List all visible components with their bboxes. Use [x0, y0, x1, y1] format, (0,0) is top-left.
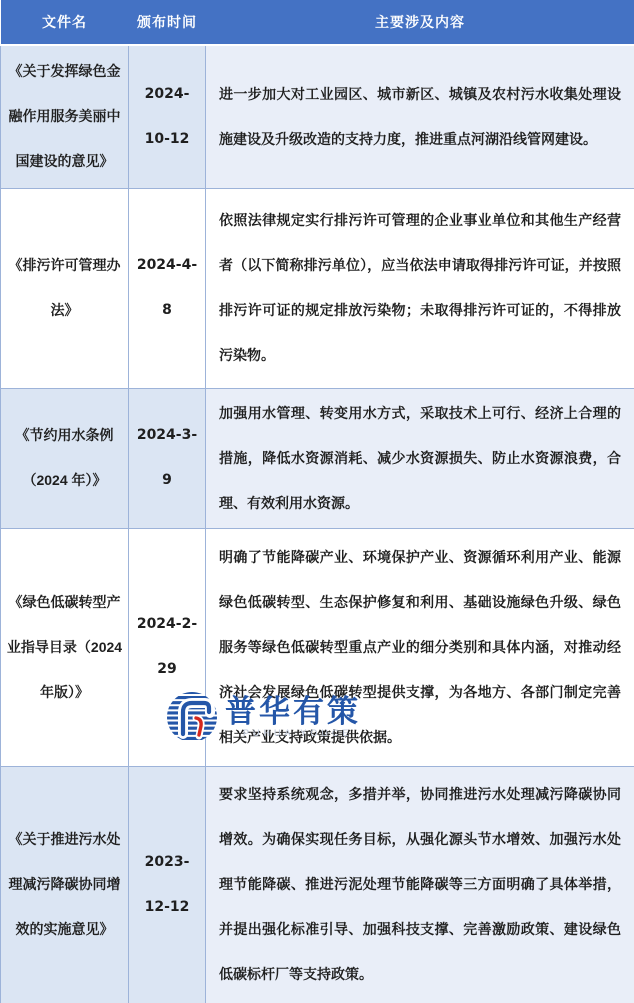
doc-name-cell: 《关于发挥绿色金融作用服务美丽中国建设的意见》: [1, 45, 129, 188]
publish-date-cell: 2023-12-12: [129, 766, 206, 1003]
doc-name-cell: 《节约用水条例（2024 年）》: [1, 388, 129, 528]
content-cell: 依照法律规定实行排污许可管理的企业事业单位和其他生产经营者（以下简称排污单位），…: [206, 188, 634, 388]
table-row: 《节约用水条例（2024 年）》 2024-3-9 加强用水管理、转变用水方式，…: [1, 388, 634, 528]
publish-date-cell: 2024-4-8: [129, 188, 206, 388]
publish-date-cell: 2024-3-9: [129, 388, 206, 528]
header-doc-name: 文件名: [1, 0, 129, 45]
policy-table-page: 文件名 颁布时间 主要涉及内容 《关于发挥绿色金融作用服务美丽中国建设的意见》 …: [0, 0, 634, 1003]
table-row: 《绿色低碳转型产业指导目录（2024 年版）》 2024-2-29 明确了节能降…: [1, 528, 634, 766]
content-cell: 要求坚持系统观念，多措并举，协同推进污水处理减污降碳协同增效。为确保实现任务目标…: [206, 766, 634, 1003]
doc-name-cell: 《绿色低碳转型产业指导目录（2024 年版）》: [1, 528, 129, 766]
header-publish-date: 颁布时间: [129, 0, 206, 45]
table-row: 《关于推进污水处理减污降碳协同增效的实施意见》 2023-12-12 要求坚持系…: [1, 766, 634, 1003]
table-row: 《排污许可管理办法》 2024-4-8 依照法律规定实行排污许可管理的企业事业单…: [1, 188, 634, 388]
table-header-row: 文件名 颁布时间 主要涉及内容: [1, 0, 634, 45]
content-cell: 明确了节能降碳产业、环境保护产业、资源循环利用产业、能源绿色低碳转型、生态保护修…: [206, 528, 634, 766]
doc-name-cell: 《关于推进污水处理减污降碳协同增效的实施意见》: [1, 766, 129, 1003]
table-body: 《关于发挥绿色金融作用服务美丽中国建设的意见》 2024-10-12 进一步加大…: [1, 45, 634, 1003]
publish-date-cell: 2024-10-12: [129, 45, 206, 188]
doc-name-cell: 《排污许可管理办法》: [1, 188, 129, 388]
content-cell: 加强用水管理、转变用水方式，采取技术上可行、经济上合理的措施，降低水资源消耗、减…: [206, 388, 634, 528]
header-main-content: 主要涉及内容: [206, 0, 634, 45]
policy-table: 文件名 颁布时间 主要涉及内容 《关于发挥绿色金融作用服务美丽中国建设的意见》 …: [0, 0, 634, 1003]
content-cell: 进一步加大对工业园区、城市新区、城镇及农村污水收集处理设施建设及升级改造的支持力…: [206, 45, 634, 188]
table-row: 《关于发挥绿色金融作用服务美丽中国建设的意见》 2024-10-12 进一步加大…: [1, 45, 634, 188]
publish-date-cell: 2024-2-29: [129, 528, 206, 766]
